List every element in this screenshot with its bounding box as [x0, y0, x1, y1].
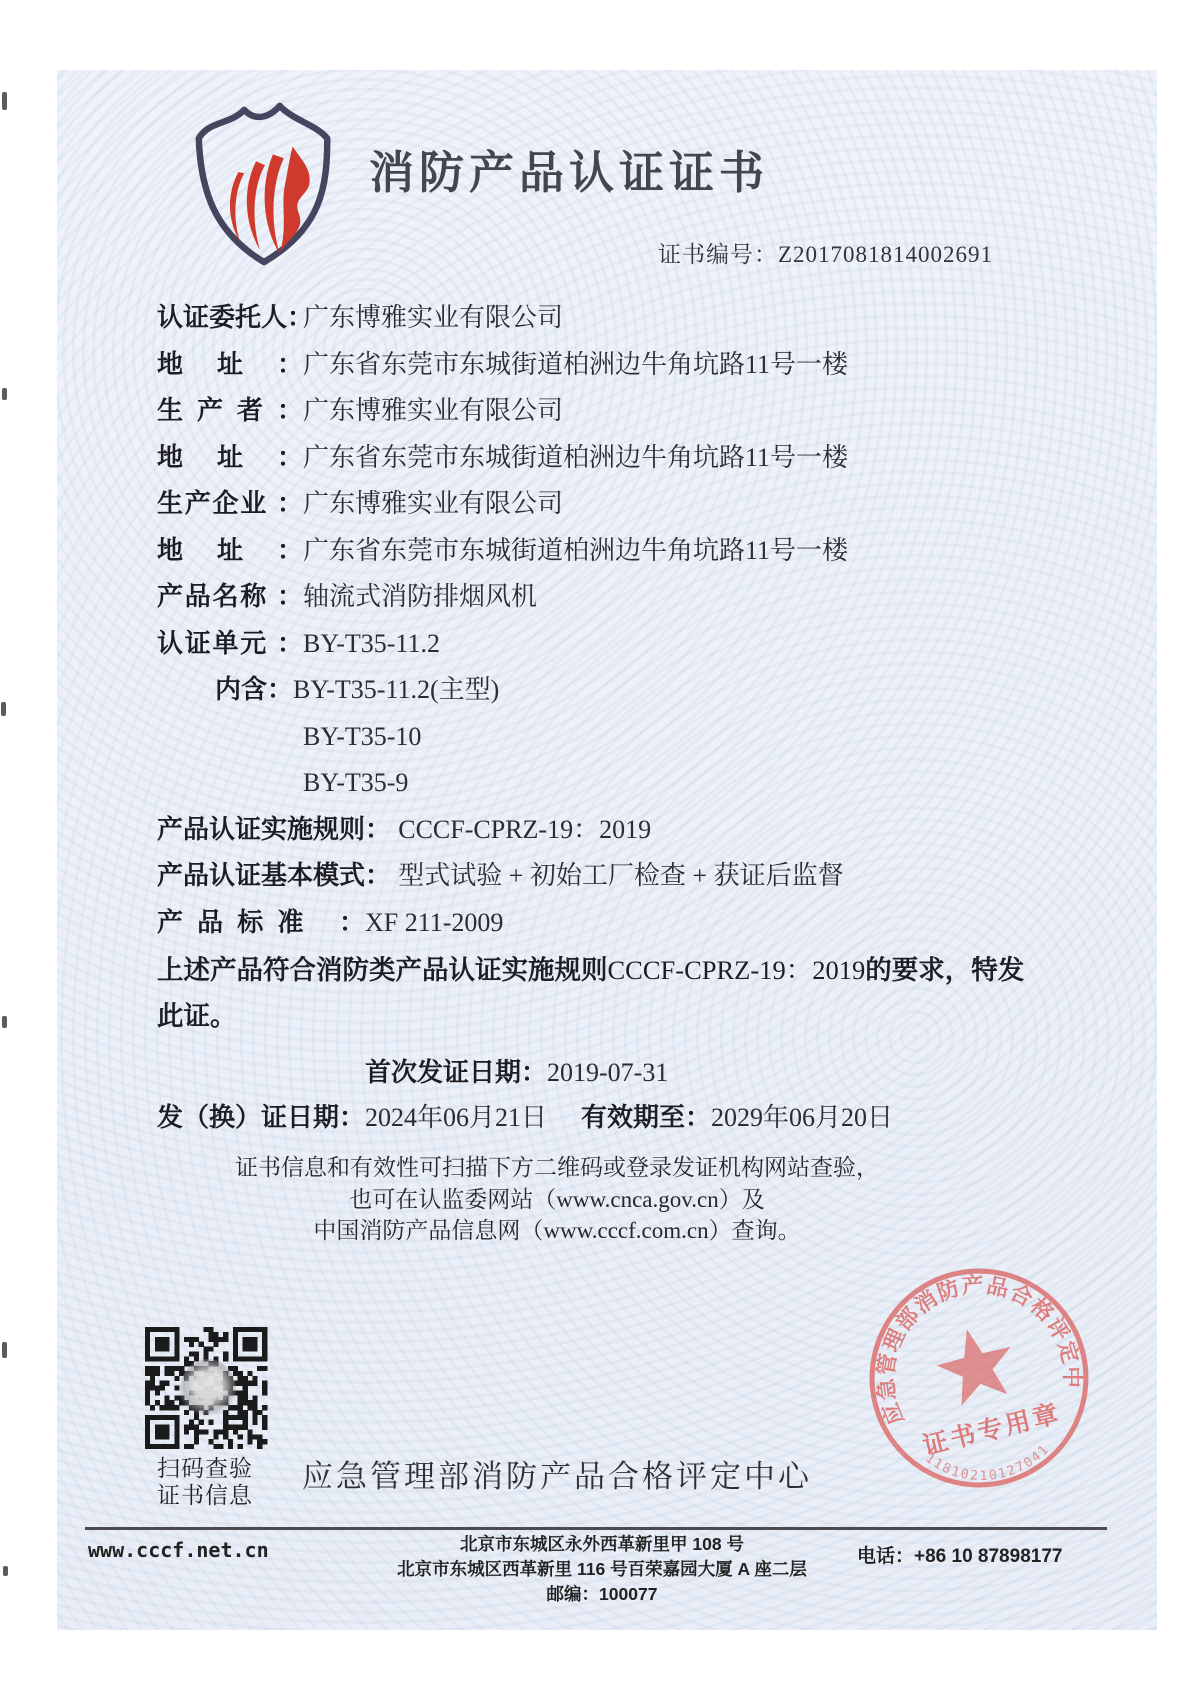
field-row-address-2: 地址：广东省东莞市东城街道柏洲边牛角坑路11号一楼 — [157, 434, 1077, 481]
valid-until-label: 有效期至： — [581, 1102, 711, 1132]
field-row-address-1: 地址：广东省东莞市东城街道柏洲边牛角坑路11号一楼 — [157, 341, 1077, 388]
scanned-certificate-page: { "cert": { "title": "消防产品认证证书", "number… — [0, 0, 1190, 1684]
field-row-address-3: 地址：广东省东莞市东城街道柏洲边牛角坑路11号一楼 — [157, 527, 1077, 574]
first-issue-date-value: 2019-07-31 — [547, 1058, 668, 1087]
scan-artifact — [2, 1342, 7, 1358]
first-issue-date-label: 首次发证日期： — [365, 1057, 547, 1087]
footer-postcode: 邮编：100077 — [302, 1582, 902, 1607]
field-row-included-main: 内含：BY-T35-11.2(主型) — [157, 666, 1077, 713]
verify-line-2: 也可在认监委网站（www.cnca.gov.cn）及 — [157, 1184, 957, 1216]
reissue-date-value: 2024年06月21日 — [365, 1103, 547, 1132]
scan-artifact — [2, 1016, 7, 1028]
field-row-product-standard: 产品标准 ：XF 211-2009 — [157, 899, 1077, 946]
statement-line-1: 上述产品符合消防类产品认证实施规则CCCF-CPRZ-19：2019的要求，特发 — [157, 947, 1077, 993]
statement-line-2: 此证。 — [157, 993, 1077, 1039]
issuing-authority: 应急管理部消防产品合格评定中心 — [107, 1451, 1007, 1496]
footer-phone: 电话：+86 10 87898177 — [857, 1541, 1062, 1568]
field-row-product-name: 产品名称 ：轴流式消防排烟风机 — [157, 573, 1077, 620]
certificate-title: 消防产品认证证书 — [19, 136, 1119, 201]
reissue-date-label: 发（换）证日期： — [157, 1102, 365, 1132]
field-row-producer: 生产者：广东博雅实业有限公司 — [157, 387, 1077, 434]
footer-website: www.cccf.net.cn — [88, 1538, 269, 1562]
footer-address: 北京市东城区永外西革新里甲 108 号 北京市东城区西革新里 116 号百荣嘉园… — [302, 1532, 902, 1607]
scan-artifact — [1, 702, 6, 716]
certificate-fields: 认证委托人：广东博雅实业有限公司 地址：广东省东莞市东城街道柏洲边牛角坑路11号… — [157, 294, 1077, 1247]
scan-artifact — [2, 92, 7, 110]
certificate-number-value: Z2017081814002691 — [778, 242, 993, 267]
footer-divider — [85, 1527, 1107, 1530]
field-row-included-3: BY-T35-9 — [157, 759, 1077, 806]
verification-note: 证书信息和有效性可扫描下方二维码或登录发证机构网站查验， 也可在认监委网站（ww… — [157, 1152, 957, 1247]
reissue-validity-line: 发（换）证日期：2024年06月21日有效期至：2029年06月20日 — [157, 1095, 1077, 1140]
scan-artifact — [2, 388, 7, 400]
seal-star-icon — [930, 1320, 1022, 1409]
qr-code — [144, 1327, 268, 1449]
first-issue-date-line: 首次发证日期：2019-07-31 — [157, 1050, 1077, 1095]
footer-address-line-2: 北京市东城区西革新里 116 号百荣嘉园大厦 A 座二层 — [302, 1557, 902, 1582]
field-row-manufacturer: 生产企业 ：广东博雅实业有限公司 — [157, 480, 1077, 527]
qr-smudge — [180, 1359, 236, 1419]
scan-artifact — [3, 1566, 8, 1576]
certificate-number-label: 证书编号： — [658, 241, 778, 267]
field-row-cert-rule: 产品认证实施规则： CCCF-CPRZ-19：2019 — [157, 806, 1077, 853]
valid-until-value: 2029年06月20日 — [711, 1103, 893, 1132]
verify-line-3: 中国消防产品信息网（www.cccf.com.cn）查询。 — [157, 1215, 957, 1247]
verify-line-1: 证书信息和有效性可扫描下方二维码或登录发证机构网站查验， — [157, 1152, 957, 1184]
conformity-statement: 上述产品符合消防类产品认证实施规则CCCF-CPRZ-19：2019的要求，特发… — [157, 947, 1077, 1039]
field-row-cert-unit: 认证单元 ：BY-T35-11.2 — [157, 620, 1077, 667]
certificate-number: 证书编号：Z2017081814002691 — [658, 236, 993, 269]
footer-address-line-1: 北京市东城区永外西革新里甲 108 号 — [302, 1532, 902, 1557]
field-row-cert-mode: 产品认证基本模式： 型式试验 + 初始工厂检查 + 获证后监督 — [157, 852, 1077, 899]
certificate-paper: 消防产品认证证书 证书编号：Z2017081814002691 认证委托人：广东… — [57, 70, 1157, 1630]
field-row-applicant: 认证委托人：广东博雅实业有限公司 — [157, 294, 1077, 341]
field-row-included-2: BY-T35-10 — [157, 713, 1077, 760]
